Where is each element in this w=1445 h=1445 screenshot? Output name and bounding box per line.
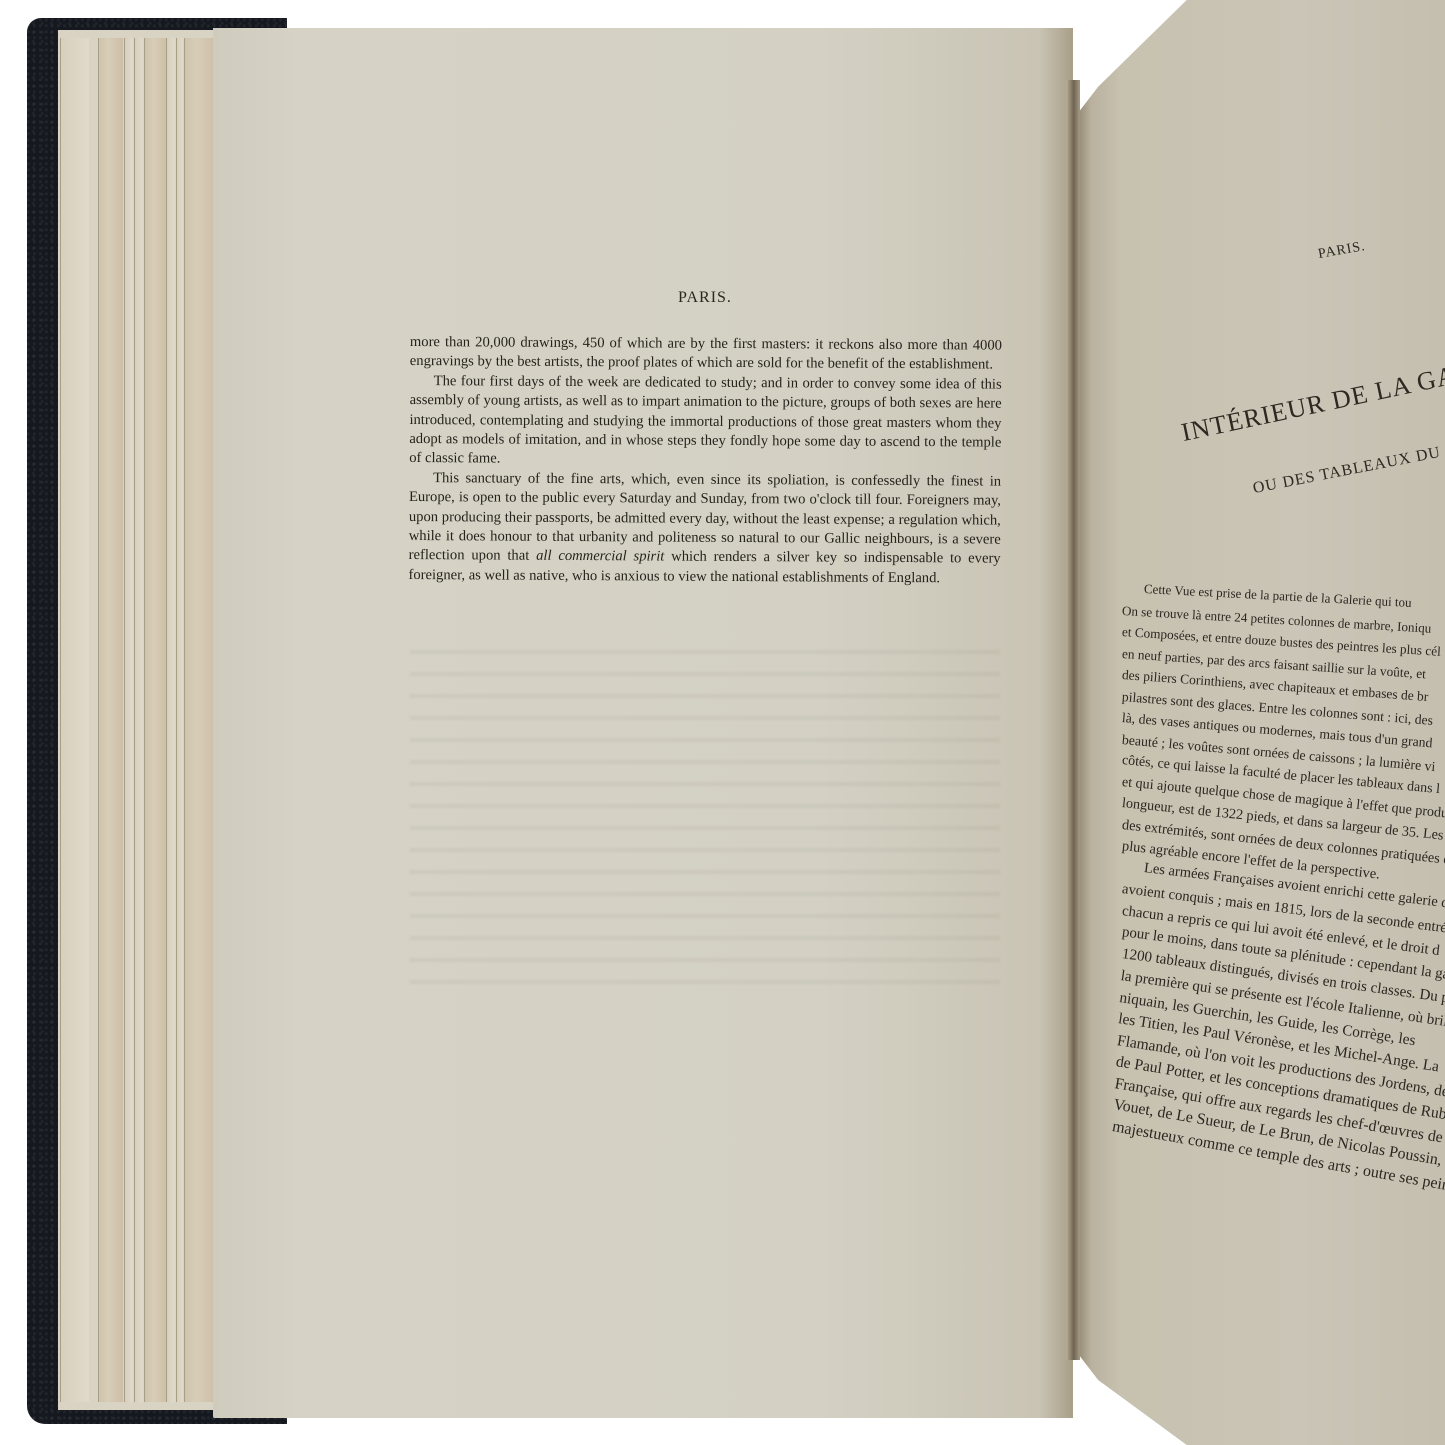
- leaf-edge: [124, 38, 133, 1402]
- book-gutter: [1066, 80, 1080, 1360]
- leaf-edge: [184, 38, 215, 1402]
- right-page-body: Cette Vue est prise de la partie de la G…: [1122, 578, 1445, 1137]
- paragraph: This sanctuary of the fine arts, which, …: [408, 469, 1001, 589]
- leaf-edge: [134, 38, 143, 1402]
- leaf-edge: [98, 38, 123, 1402]
- bleed-through-texture: [410, 650, 1000, 990]
- paragraph: The four first days of the week are dedi…: [409, 372, 1002, 473]
- paragraph: more than 20,000 drawings, 450 of which …: [410, 333, 1002, 375]
- running-head-left: PARIS.: [410, 289, 1000, 307]
- leaf-edge: [60, 38, 89, 1402]
- leaf-edge: [176, 38, 183, 1402]
- leaf-edge: [144, 38, 167, 1402]
- left-page-body: more than 20,000 drawings, 450 of which …: [408, 333, 1002, 589]
- page-stack: [58, 30, 218, 1410]
- italic-phrase: all commercial spirit: [536, 548, 664, 565]
- leaf-edge: [166, 38, 175, 1402]
- open-book-photo: PARIS. more than 20,000 drawings, 450 of…: [0, 0, 1445, 1445]
